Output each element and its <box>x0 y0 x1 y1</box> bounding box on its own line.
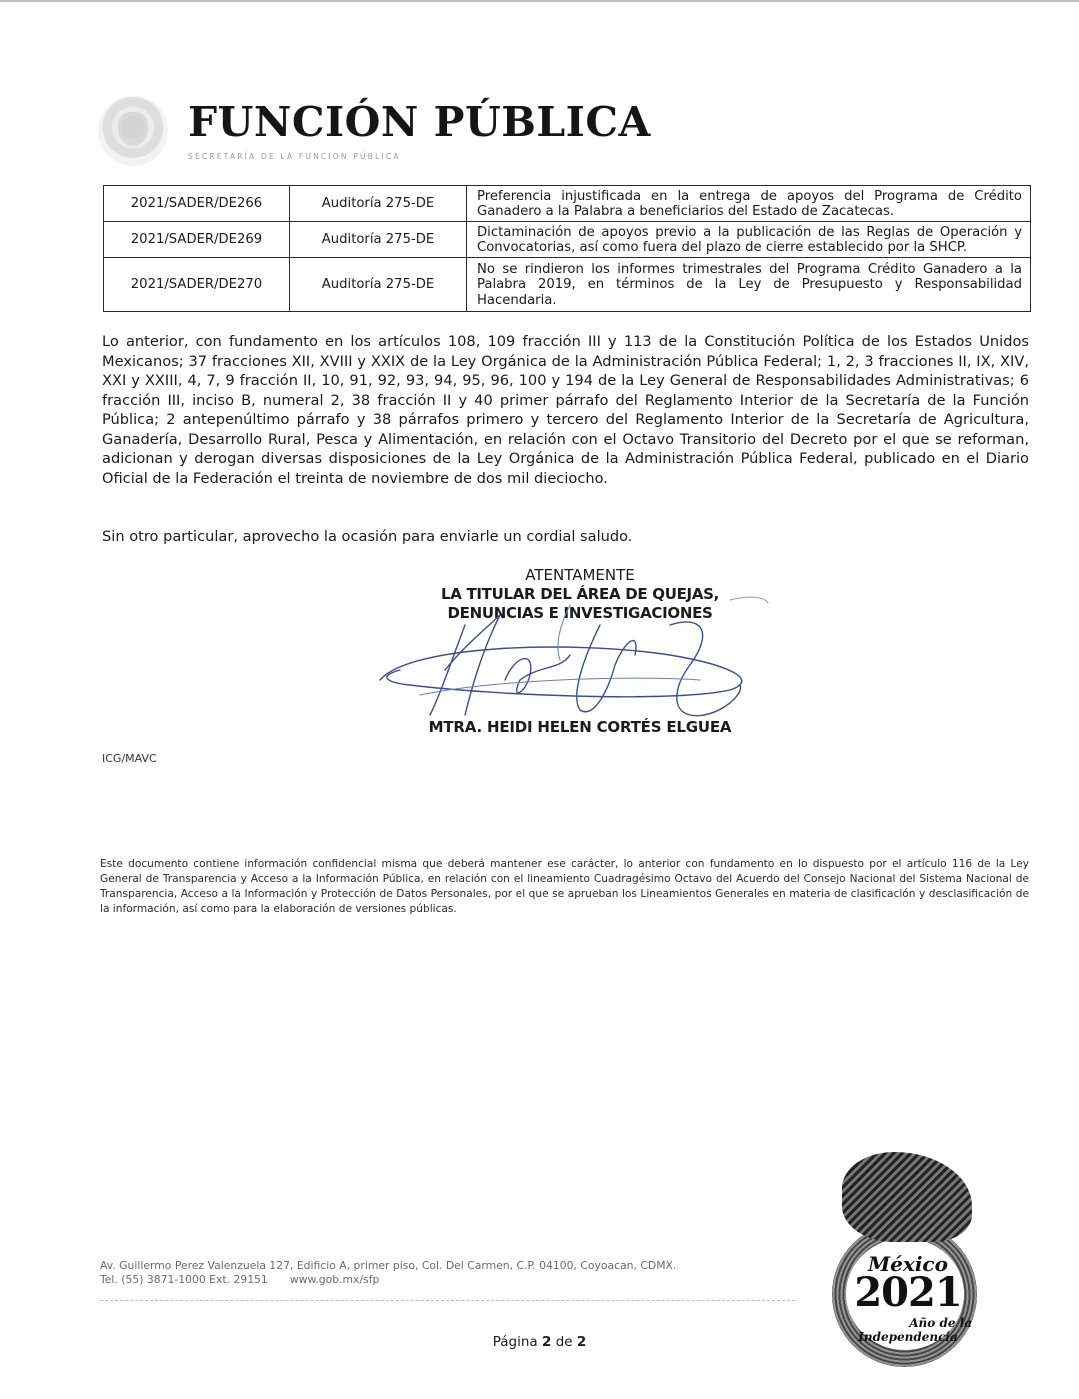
coat-of-arms-icon <box>98 96 168 166</box>
emblem-line-4: Independencia <box>840 1330 976 1344</box>
description-cell: No se rindieron los informes trimestrale… <box>467 258 1031 312</box>
table-row: 2021/SADER/DE269 Auditoría 275-DE Dictam… <box>104 222 1031 258</box>
mexico-2021-emblem: México 2021 Año de la Independencia <box>832 1152 980 1377</box>
file-number-cell: 2021/SADER/DE266 <box>104 186 290 222</box>
address-line: Av. Guillermo Perez Valenzuela 127, Edif… <box>100 1259 676 1273</box>
legal-basis-paragraph: Lo anterior, con fundamento en los artíc… <box>102 332 1029 488</box>
table-row: 2021/SADER/DE270 Auditoría 275-DE No se … <box>104 258 1031 312</box>
emblem-year: 2021 <box>840 1272 976 1314</box>
website-link[interactable]: www.gob.mx/sfp <box>290 1273 380 1286</box>
phone: Tel. (55) 3871-1000 Ext. 29151 <box>100 1273 268 1286</box>
reference-initials: ICG/MAVC <box>102 752 157 765</box>
description-cell: Dictaminación de apoyos previo a la publ… <box>467 222 1031 258</box>
brand-subtitle: SECRETARÍA DE LA FUNCIÓN PÚBLICA <box>188 152 401 161</box>
footer-address: Av. Guillermo Perez Valenzuela 127, Edif… <box>100 1259 676 1287</box>
handwritten-signature-icon <box>370 585 770 735</box>
audit-cell: Auditoría 275-DE <box>290 222 467 258</box>
audit-cell: Auditoría 275-DE <box>290 186 467 222</box>
page-top-edge <box>0 0 1079 2</box>
salutation: ATENTAMENTE <box>370 566 790 585</box>
closing-paragraph: Sin otro particular, aprovecho la ocasió… <box>102 527 1029 547</box>
cases-table: 2021/SADER/DE266 Auditoría 275-DE Prefer… <box>103 185 1031 312</box>
file-number-cell: 2021/SADER/DE270 <box>104 258 290 312</box>
description-cell: Preferencia injustificada en la entrega … <box>467 186 1031 222</box>
footer-divider <box>100 1300 795 1301</box>
table-row: 2021/SADER/DE266 Auditoría 275-DE Prefer… <box>104 186 1031 222</box>
page-total: 2 <box>577 1334 586 1350</box>
emblem-line-3: Año de la <box>872 1316 972 1330</box>
file-number-cell: 2021/SADER/DE269 <box>104 222 290 258</box>
serpent-head-icon <box>842 1152 972 1242</box>
brand-title: FUNCIÓN PÚBLICA <box>188 98 651 146</box>
contact-line: Tel. (55) 3871-1000 Ext. 29151www.gob.mx… <box>100 1273 676 1287</box>
page-current: 2 <box>542 1334 551 1350</box>
letterhead: FUNCIÓN PÚBLICA SECRETARÍA DE LA FUNCIÓN… <box>98 96 658 166</box>
audit-cell: Auditoría 275-DE <box>290 258 467 312</box>
page-of: de <box>556 1334 573 1350</box>
page-label: Página <box>493 1334 538 1350</box>
confidentiality-disclaimer: Este documento contiene información conf… <box>100 857 1029 917</box>
signer-name: MTRA. HEIDI HELEN CORTÉS ELGUEA <box>370 718 790 736</box>
